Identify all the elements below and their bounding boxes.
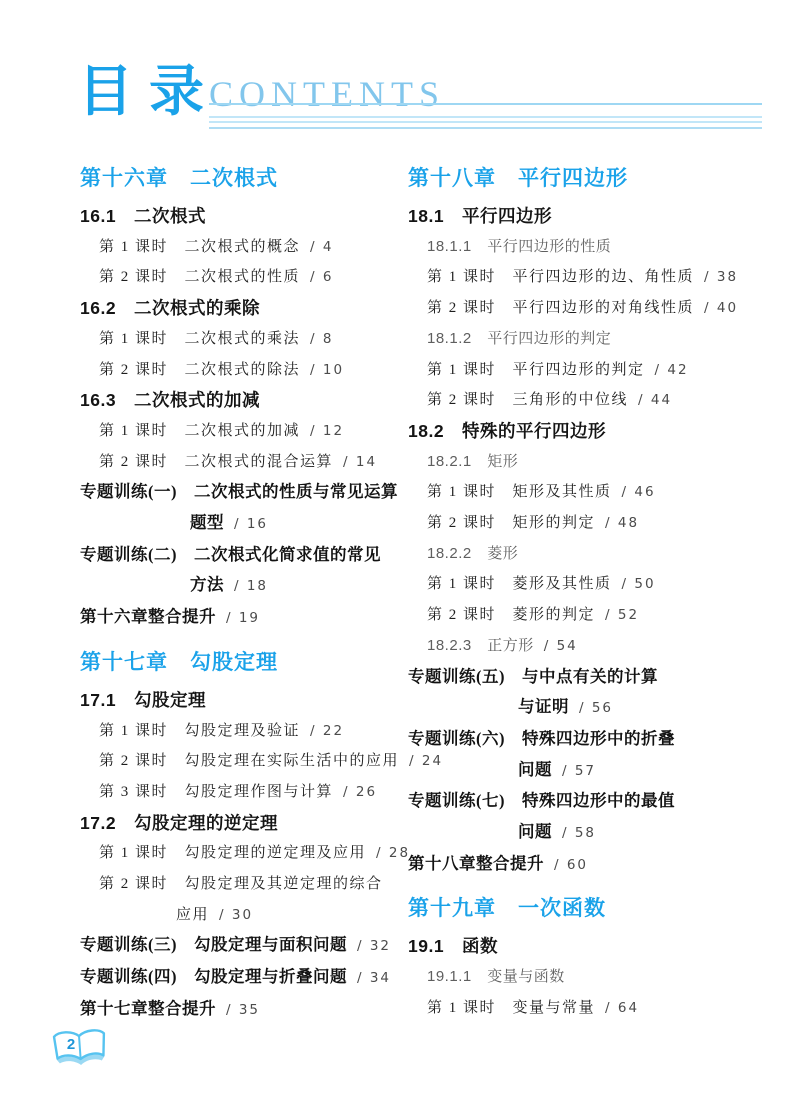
toc-entry-page: 50 (622, 576, 656, 592)
toc-entry-text: 18.2 特殊的平行四边形 (408, 421, 606, 441)
toc-entry-chapter: 第十七章 勾股定理 (80, 646, 398, 680)
toc-entry-text: 18.2.3 正方形 (427, 637, 534, 654)
toc-entry-text: 19.1 函数 (408, 936, 498, 956)
toc-entry-text: 第 1 课时 平行四边形的判定 (427, 362, 645, 378)
toc-entry-section: 16.3 二次根式的加减 (80, 385, 398, 416)
toc-entry-lesson: 第 2 课时 二次根式的混合运算14 (80, 447, 398, 478)
toc-entry-text: 应用 (176, 907, 209, 923)
toc-entry-section: 18.1 平行四边形 (408, 201, 760, 232)
toc-entry-sub: 18.1.1 平行四边形的性质 (408, 232, 760, 263)
toc-entry-text: 方法 (190, 575, 224, 594)
toc-entry-sub: 18.1.2 平行四边形的判定 (408, 324, 760, 355)
toc-entry-review: 第十七章整合提升35 (80, 994, 398, 1026)
toc-entry-text: 专题训练(五) 与中点有关的计算 (408, 667, 658, 686)
toc-entry-cont-special: 题型16 (80, 508, 398, 540)
toc-entry-page: 6 (310, 269, 333, 285)
toc-entry-text: 第 2 课时 三角形的中位线 (427, 392, 628, 408)
toc-entry-sub: 18.2.1 矩形 (408, 447, 760, 478)
header-rule (209, 116, 762, 118)
toc-entry-text: 18.1.2 平行四边形的判定 (427, 330, 611, 347)
toc-page: 目录 CONTENTS 第十六章 二次根式16.1 二次根式第 1 课时 二次根… (0, 0, 790, 1101)
toc-entry-section: 19.1 函数 (408, 931, 760, 962)
toc-entry-text: 问题 (518, 760, 552, 779)
toc-entry-sub: 18.2.3 正方形54 (408, 631, 760, 662)
page-title-en: CONTENTS (209, 76, 445, 112)
toc-entry-special: 专题训练(四) 勾股定理与折叠问题34 (80, 962, 398, 994)
toc-entry-page: 64 (605, 1000, 639, 1016)
toc-entry-page: 57 (562, 763, 596, 779)
toc-entry-text: 第 2 课时 二次根式的混合运算 (99, 454, 333, 470)
toc-entry-section: 16.1 二次根式 (80, 201, 398, 232)
toc-entry-special: 专题训练(二) 二次根式化简求值的常见 (80, 540, 398, 571)
toc-entry-text: 18.1 平行四边形 (408, 206, 552, 226)
toc-entry-section: 16.2 二次根式的乘除 (80, 293, 398, 324)
toc-entry-page: 4 (310, 239, 333, 255)
toc-entry-text: 第 2 课时 菱形的判定 (427, 607, 595, 623)
toc-entry-cont-special: 问题57 (408, 755, 760, 787)
toc-column-left: 第十六章 二次根式16.1 二次根式第 1 课时 二次根式的概念4第 2 课时 … (80, 160, 398, 1026)
toc-entry-lesson: 第 1 课时 二次根式的加减12 (80, 416, 398, 447)
toc-entry-special: 专题训练(三) 勾股定理与面积问题32 (80, 930, 398, 962)
toc-entry-page: 35 (226, 1002, 260, 1018)
toc-entry-page: 10 (310, 362, 344, 378)
toc-entry-text: 第 1 课时 矩形及其性质 (427, 484, 612, 500)
toc-entry-text: 专题训练(一) 二次根式的性质与常见运算 (80, 482, 398, 501)
toc-entry-page: 54 (544, 638, 578, 654)
toc-entry-text: 第十八章 平行四边形 (408, 167, 628, 190)
toc-entry-page: 30 (219, 907, 253, 923)
toc-entry-cont-special: 方法18 (80, 570, 398, 602)
toc-entry-page: 28 (376, 845, 410, 861)
toc-entry-text: 18.1.1 平行四边形的性质 (427, 238, 611, 255)
header-rule (209, 127, 762, 129)
toc-entry-lesson: 第 1 课时 矩形及其性质46 (408, 477, 760, 508)
toc-entry-text: 第 2 课时 平行四边形的对角线性质 (427, 300, 694, 316)
toc-entry-chapter: 第十九章 一次函数 (408, 892, 760, 926)
toc-entry-page: 8 (310, 331, 333, 347)
toc-entry-text: 题型 (190, 513, 224, 532)
toc-entry-text: 第十八章整合提升 (408, 854, 544, 873)
toc-entry-lesson: 第 1 课时 二次根式的乘法8 (80, 324, 398, 355)
toc-entry-lesson: 第 2 课时 菱形的判定52 (408, 600, 760, 631)
toc-entry-text: 第 2 课时 二次根式的除法 (99, 362, 300, 378)
toc-entry-text: 第 1 课时 二次根式的乘法 (99, 331, 300, 347)
toc-entry-special: 专题训练(七) 特殊四边形中的最值 (408, 786, 760, 817)
toc-entry-special: 专题训练(六) 特殊四边形中的折叠 (408, 724, 760, 755)
toc-entry-text: 第 1 课时 菱形及其性质 (427, 576, 612, 592)
toc-entry-cont-special: 与证明56 (408, 692, 760, 724)
toc-entry-page: 16 (234, 516, 268, 532)
toc-entry-lesson: 第 2 课时 平行四边形的对角线性质40 (408, 293, 760, 324)
toc-columns: 第十六章 二次根式16.1 二次根式第 1 课时 二次根式的概念4第 2 课时 … (80, 160, 760, 1026)
toc-entry-text: 第 2 课时 二次根式的性质 (99, 269, 300, 285)
toc-entry-text: 第 1 课时 勾股定理的逆定理及应用 (99, 845, 366, 861)
toc-entry-sub: 18.2.2 菱形 (408, 539, 760, 570)
toc-entry-page: 14 (343, 454, 377, 470)
header-rule (209, 121, 762, 123)
toc-entry-page: 32 (357, 938, 391, 954)
toc-entry-text: 专题训练(二) 二次根式化简求值的常见 (80, 545, 381, 564)
toc-entry-text: 第 1 课时 二次根式的概念 (99, 239, 300, 255)
toc-entry-lesson: 第 2 课时 勾股定理及其逆定理的综合 (80, 869, 398, 900)
toc-entry-lesson: 第 1 课时 菱形及其性质50 (408, 569, 760, 600)
toc-entry-lesson: 第 1 课时 二次根式的概念4 (80, 232, 398, 263)
toc-entry-text: 19.1.1 变量与函数 (427, 968, 565, 985)
toc-entry-chapter: 第十六章 二次根式 (80, 162, 398, 196)
toc-entry-text: 第 1 课时 勾股定理及验证 (99, 723, 300, 739)
toc-entry-page: 19 (226, 610, 260, 626)
toc-entry-lesson: 第 2 课时 矩形的判定48 (408, 508, 760, 539)
toc-entry-lesson: 第 2 课时 二次根式的除法10 (80, 355, 398, 386)
toc-entry-page: 40 (704, 300, 738, 316)
toc-entry-text: 第十七章整合提升 (80, 999, 216, 1018)
toc-entry-text: 第 1 课时 变量与常量 (427, 1000, 595, 1016)
toc-entry-lesson: 第 2 课时 二次根式的性质6 (80, 262, 398, 293)
toc-entry-page: 48 (605, 515, 639, 531)
page-title-cn: 目录 (78, 62, 220, 120)
toc-entry-lesson: 第 1 课时 勾股定理的逆定理及应用28 (80, 838, 398, 869)
toc-entry-page: 34 (357, 970, 391, 986)
toc-entry-text: 专题训练(六) 特殊四边形中的折叠 (408, 729, 675, 748)
toc-entry-text: 16.1 二次根式 (80, 206, 206, 226)
toc-entry-text: 第 3 课时 勾股定理作图与计算 (99, 784, 333, 800)
toc-entry-chapter: 第十八章 平行四边形 (408, 162, 760, 196)
toc-entry-special: 专题训练(一) 二次根式的性质与常见运算 (80, 477, 398, 508)
toc-entry-text: 16.2 二次根式的乘除 (80, 298, 260, 318)
toc-entry-lesson: 第 2 课时 勾股定理在实际生活中的应用24 (80, 746, 398, 777)
toc-entry-text: 第 1 课时 平行四边形的边、角性质 (427, 269, 694, 285)
toc-entry-page: 38 (704, 269, 738, 285)
toc-entry-page: 12 (310, 423, 344, 439)
toc-entry-page: 42 (655, 362, 689, 378)
toc-entry-lesson: 第 1 课时 勾股定理及验证22 (80, 716, 398, 747)
page-number-badge: 2 (50, 1028, 110, 1072)
toc-entry-lesson: 第 2 课时 三角形的中位线44 (408, 385, 760, 416)
toc-entry-page: 60 (554, 857, 588, 873)
toc-entry-section: 17.2 勾股定理的逆定理 (80, 808, 398, 839)
toc-entry-section: 18.2 特殊的平行四边形 (408, 416, 760, 447)
toc-entry-text: 第十六章 二次根式 (80, 167, 278, 190)
toc-entry-text: 专题训练(四) 勾股定理与折叠问题 (80, 967, 347, 986)
toc-entry-section: 17.1 勾股定理 (80, 685, 398, 716)
toc-entry-text: 与证明 (518, 697, 569, 716)
toc-entry-page: 46 (622, 484, 656, 500)
toc-entry-text: 18.2.1 矩形 (427, 453, 518, 470)
toc-entry-text: 第 2 课时 勾股定理及其逆定理的综合 (99, 876, 383, 892)
toc-entry-text: 16.3 二次根式的加减 (80, 390, 260, 410)
toc-entry-special: 专题训练(五) 与中点有关的计算 (408, 662, 760, 693)
toc-entry-page: 52 (605, 607, 639, 623)
toc-entry-lesson: 第 3 课时 勾股定理作图与计算26 (80, 777, 398, 808)
toc-entry-text: 第 1 课时 二次根式的加减 (99, 423, 300, 439)
page-number: 2 (61, 1036, 81, 1053)
toc-column-right: 第十八章 平行四边形18.1 平行四边形18.1.1 平行四边形的性质第 1 课… (408, 160, 760, 1026)
toc-entry-page: 58 (562, 825, 596, 841)
toc-entry-page: 56 (579, 700, 613, 716)
toc-entry-review: 第十八章整合提升60 (408, 849, 760, 881)
toc-entry-text: 专题训练(七) 特殊四边形中的最值 (408, 791, 675, 810)
header-rule (209, 103, 762, 105)
toc-entry-text: 专题训练(三) 勾股定理与面积问题 (80, 935, 347, 954)
toc-entry-cont-special: 问题58 (408, 817, 760, 849)
toc-entry-sub: 19.1.1 变量与函数 (408, 962, 760, 993)
toc-entry-lesson: 第 1 课时 变量与常量64 (408, 993, 760, 1024)
toc-entry-page: 22 (310, 723, 344, 739)
toc-entry-text: 17.2 勾股定理的逆定理 (80, 813, 278, 833)
toc-entry-text: 17.1 勾股定理 (80, 690, 206, 710)
toc-entry-text: 18.2.2 菱形 (427, 545, 518, 562)
toc-entry-lesson: 第 1 课时 平行四边形的边、角性质38 (408, 262, 760, 293)
toc-entry-text: 第十九章 一次函数 (408, 897, 606, 920)
toc-entry-page: 18 (234, 578, 268, 594)
toc-entry-page: 44 (638, 392, 672, 408)
toc-entry-text: 第十六章整合提升 (80, 607, 216, 626)
toc-entry-text: 第 2 课时 勾股定理在实际生活中的应用 (99, 753, 399, 769)
toc-entry-lesson: 第 1 课时 平行四边形的判定42 (408, 355, 760, 386)
toc-entry-review: 第十六章整合提升19 (80, 602, 398, 634)
toc-entry-page: 26 (343, 784, 377, 800)
toc-entry-cont-lesson: 应用30 (80, 900, 398, 931)
toc-entry-text: 第 2 课时 矩形的判定 (427, 515, 595, 531)
toc-entry-text: 问题 (518, 822, 552, 841)
toc-entry-text: 第十七章 勾股定理 (80, 651, 278, 674)
